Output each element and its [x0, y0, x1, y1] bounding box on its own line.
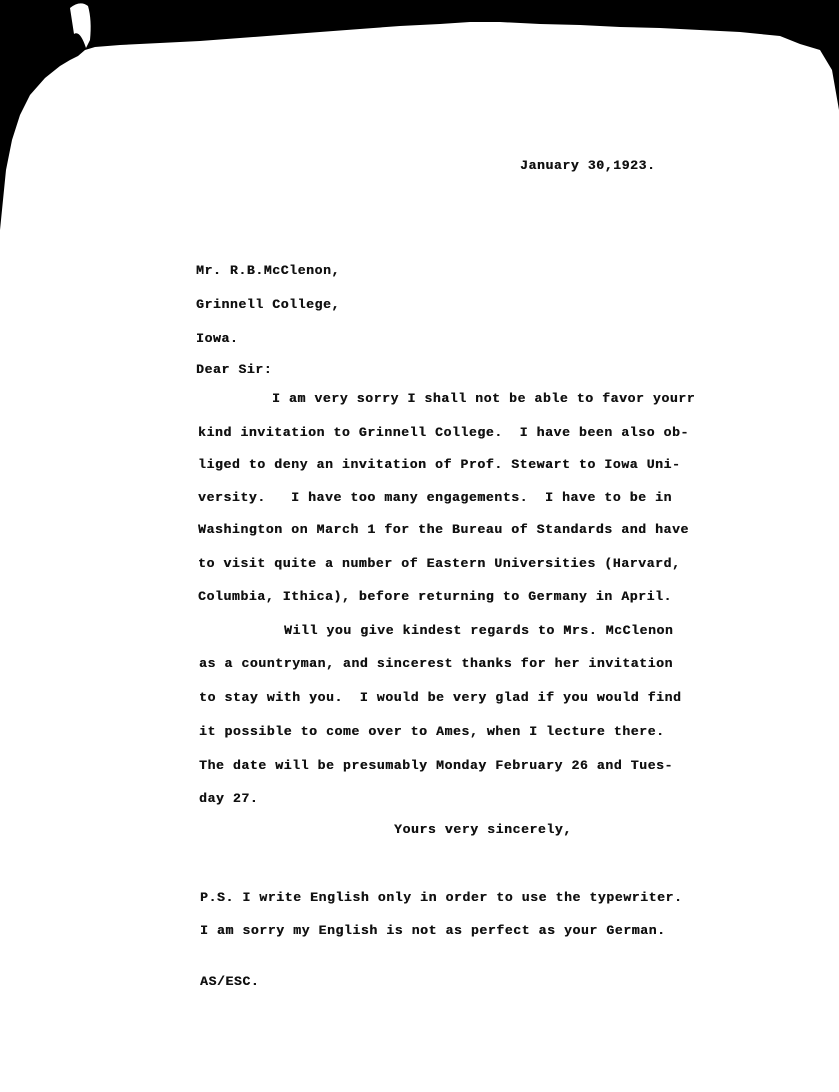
- recipient-name: Mr. R.B.McClenon,: [196, 263, 340, 278]
- body-line: I am very sorry I shall not be able to f…: [272, 391, 695, 406]
- body-line: The date will be presumably Monday Febru…: [199, 758, 673, 773]
- body-line: kind invitation to Grinnell College. I h…: [198, 425, 689, 440]
- body-line: versity. I have too many engagements. I …: [198, 490, 672, 505]
- postscript-line: P.S. I write English only in order to us…: [200, 890, 682, 905]
- body-line: liged to deny an invitation of Prof. Ste…: [198, 457, 680, 472]
- body-line: as a countryman, and sincerest thanks fo…: [199, 656, 673, 671]
- scan-border-shadow: [0, 0, 839, 230]
- body-line: Will you give kindest regards to Mrs. Mc…: [284, 623, 673, 638]
- recipient-location: Iowa.: [196, 331, 238, 346]
- body-line: to stay with you. I would be very glad i…: [199, 690, 681, 705]
- closing: Yours very sincerely,: [394, 822, 572, 837]
- letter-date: January 30,1923.: [520, 158, 655, 173]
- salutation: Dear Sir:: [196, 362, 272, 377]
- body-line: to visit quite a number of Eastern Unive…: [198, 556, 680, 571]
- body-line: day 27.: [199, 791, 258, 806]
- body-line: it possible to come over to Ames, when I…: [199, 724, 665, 739]
- postscript-line: I am sorry my English is not as perfect …: [200, 923, 666, 938]
- recipient-institution: Grinnell College,: [196, 297, 340, 312]
- reference-initials: AS/ESC.: [200, 974, 259, 989]
- body-line: Columbia, Ithica), before returning to G…: [198, 589, 672, 604]
- body-line: Washington on March 1 for the Bureau of …: [198, 522, 689, 537]
